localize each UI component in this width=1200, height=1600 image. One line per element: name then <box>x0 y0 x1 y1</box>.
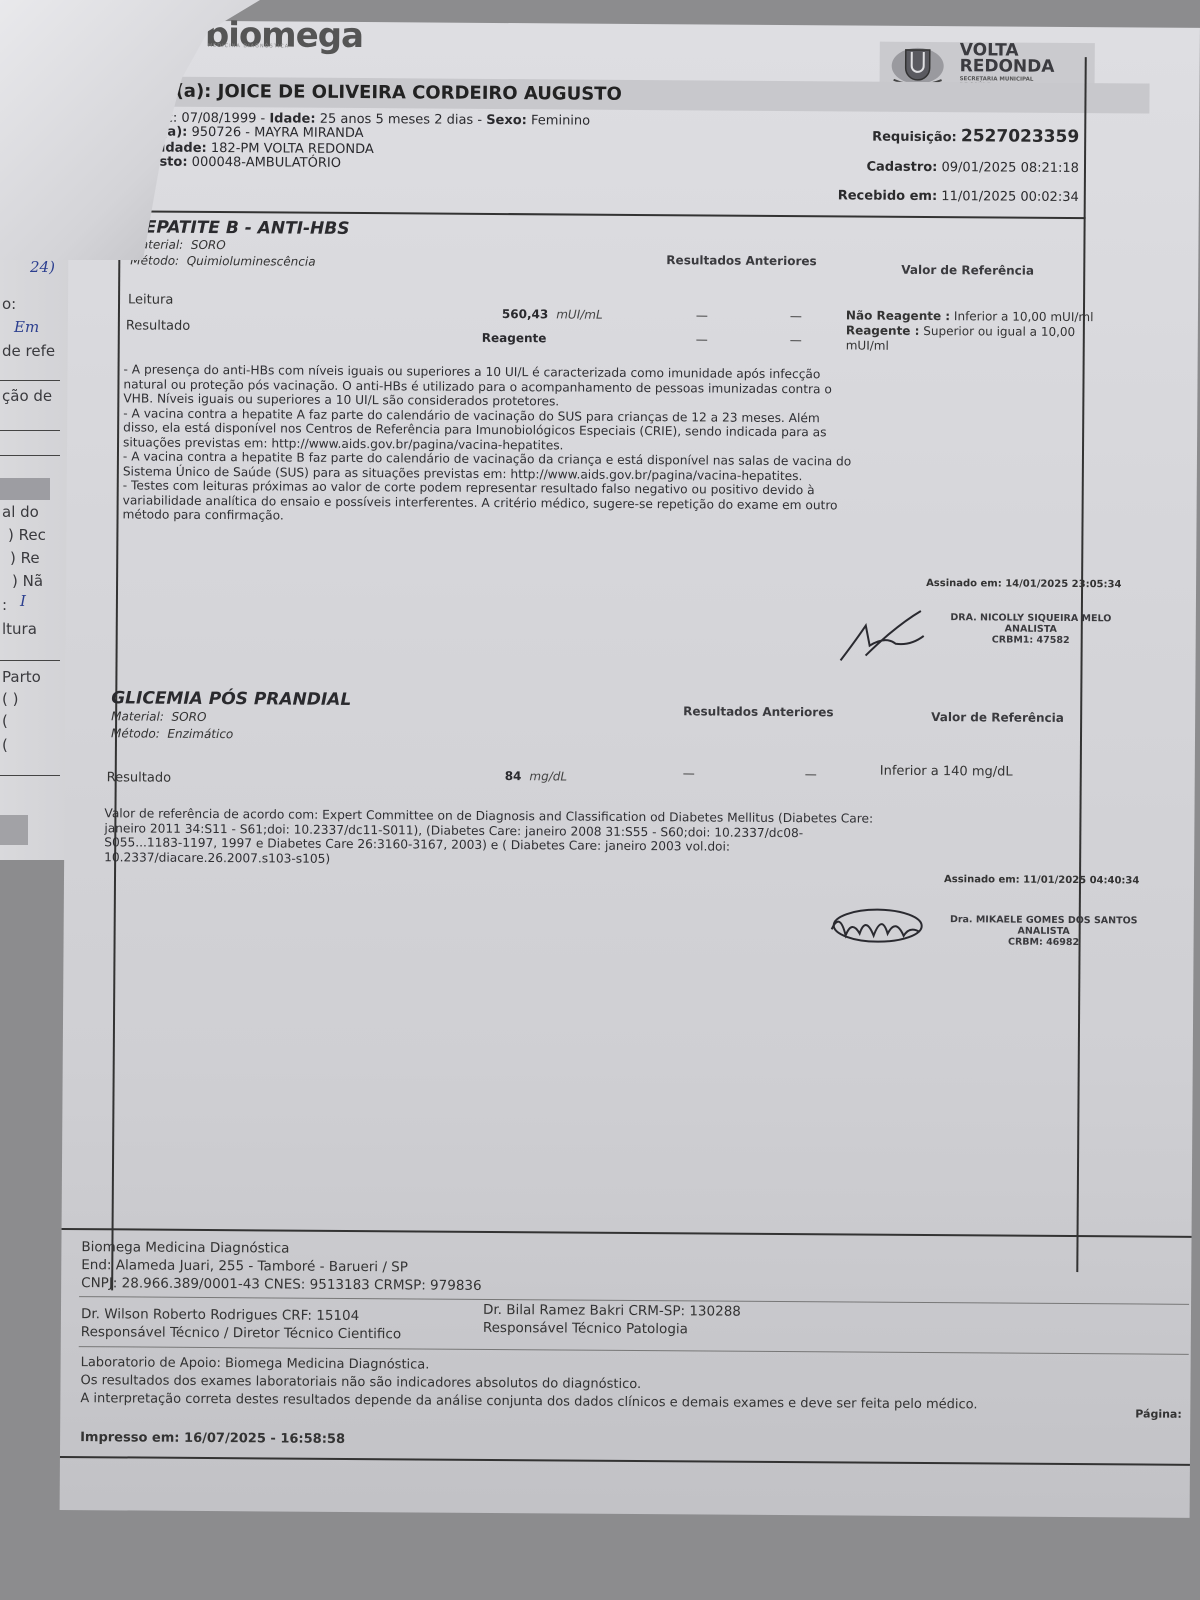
previous-results-header: Resultados Anteriores <box>683 704 833 719</box>
signer-block: Dra. MIKAELE GOMES DOS SANTOS ANALISTA C… <box>939 914 1149 948</box>
responsible-1-role: Responsável Técnico / Diretor Técnico Ci… <box>81 1323 401 1343</box>
responsible-2: Dr. Bilal Ramez Bakri CRM-SP: 130288 Res… <box>483 1301 741 1339</box>
previous-result-1: — <box>683 766 695 780</box>
gov-logo-title: VOLTAREDONDA <box>960 42 1055 75</box>
form-shaded-box <box>0 815 28 845</box>
form-fragment: ) Nã <box>12 572 43 590</box>
previous-result-2: — <box>790 309 802 323</box>
received-date: Recebido em: 11/01/2025 00:02:34 <box>838 188 1079 205</box>
form-shaded-band <box>0 478 50 500</box>
form-fragment: : <box>2 596 7 614</box>
lab-logo: biomega <box>205 15 363 56</box>
previous-results-header: Resultados Anteriores <box>666 253 816 268</box>
form-fragment: ltura <box>2 620 37 638</box>
lab-logo-subtitle: MEDICINA DIAGNÓSTICA <box>208 43 289 50</box>
lab-registration-ids: CNPJ: 28.966.389/0001-43 CNES: 9513183 C… <box>81 1274 482 1295</box>
result-label: Resultado <box>126 318 190 333</box>
result-value: Reagente <box>482 331 547 345</box>
form-line <box>0 775 60 776</box>
form-fragment: ção de <box>2 387 52 405</box>
collection-post: Posto: 000048-AMBULATÓRIO <box>141 154 341 170</box>
signed-timestamp: Assinado em: 14/01/2025 23:05:34 <box>926 578 1121 590</box>
signer-block: DRA. NICOLLY SIQUEIRA MELO ANALISTA CRBM… <box>946 612 1116 646</box>
report-frame-left <box>111 210 121 1290</box>
form-fragment: Parto <box>2 668 41 686</box>
disclaimer-block: Laboratorio de Apoio: Biomega Medicina D… <box>80 1354 977 1414</box>
form-line <box>0 455 60 456</box>
result-value: 560,43mUI/mL <box>502 307 603 322</box>
responsible-1-name: Dr. Wilson Roberto Rodrigues CRF: 15104 <box>81 1305 401 1325</box>
reference-values: Não Reagente : Inferior a 10,00 mUI/ml R… <box>846 308 1096 355</box>
signature-mark <box>826 905 926 946</box>
patient-name: Sr.(a): JOICE DE OLIVEIRA CORDEIRO AUGUS… <box>149 81 621 105</box>
note-paragraph: Valor de referência de acordo com: Exper… <box>104 806 879 869</box>
page-bottom-border <box>60 1456 1190 1466</box>
previous-result-1: — <box>696 308 708 322</box>
requesting-doctor: Dr.(a): 950726 - MAYRA MIRANDA <box>141 125 363 142</box>
signature-mark <box>836 605 926 666</box>
note-paragraph: - Testes com leituras próximas ao valor … <box>122 478 857 527</box>
form-fragment: ( <box>2 712 8 730</box>
result-label: Resultado <box>107 770 171 785</box>
previous-result-2: — <box>805 767 817 781</box>
signer-name: DRA. NICOLLY SIQUEIRA MELO <box>946 612 1116 624</box>
lab-report-page: biomega MEDICINA DIAGNÓSTICA VOLTAREDOND… <box>60 20 1200 1518</box>
exam-notes: Valor de referência de acordo com: Exper… <box>104 806 879 869</box>
lab-info: Biomega Medicina Diagnóstica End: Alamed… <box>81 1238 482 1295</box>
form-fragment: ) Rec <box>8 526 46 544</box>
exam-method: Método: Quimioluminescência <box>130 252 315 269</box>
form-fragment: ) Re <box>10 549 40 567</box>
form-line <box>0 430 60 431</box>
form-line <box>0 380 60 381</box>
page-number-label: Página: <box>1135 1407 1182 1420</box>
form-fragment: al do <box>2 503 39 521</box>
handwriting: I <box>20 592 26 610</box>
reference-value: Inferior a 140 mg/dL <box>880 764 1013 780</box>
responsible-2-role: Responsável Técnico Patologia <box>483 1319 741 1339</box>
handwriting: Em <box>14 318 39 336</box>
previous-result-1: — <box>696 332 708 346</box>
form-fragment: o: <box>2 295 16 313</box>
exam-method: Método: Enzimático <box>111 725 233 742</box>
footer-divider <box>79 1346 1189 1355</box>
form-fragment: ( <box>2 736 8 754</box>
responsible-2-name: Dr. Bilal Ramez Bakri CRM-SP: 130288 <box>483 1301 741 1321</box>
note-paragraph: - A vacina contra a hepatite A faz parte… <box>123 406 858 455</box>
requisition-number: Requisição: 2527023359 <box>872 126 1079 147</box>
signer-name: Dra. MIKAELE GOMES DOS SANTOS <box>939 914 1149 926</box>
result-label: Leitura <box>128 292 173 307</box>
reference-header: Valor de Referência <box>931 710 1064 725</box>
note-paragraph: - A presença do anti-HBs com níveis igua… <box>123 362 858 411</box>
registration-date: Cadastro: 09/01/2025 08:21:18 <box>866 160 1079 176</box>
exam-material: Material: SORO <box>111 708 206 725</box>
previous-result-2: — <box>790 333 802 347</box>
report-frame-right <box>1076 57 1086 1272</box>
result-value: 84mg/dL <box>505 769 567 783</box>
responsible-1: Dr. Wilson Roberto Rodrigues CRF: 15104 … <box>81 1305 402 1343</box>
handwriting: 24) <box>30 258 55 276</box>
printed-timestamp: Impresso em: 16/07/2025 - 16:58:58 <box>80 1430 345 1447</box>
exam-title: GLICEMIA PÓS PRANDIAL <box>111 688 351 710</box>
signed-timestamp: Assinado em: 11/01/2025 04:40:34 <box>944 874 1139 886</box>
reference-header: Valor de Referência <box>901 263 1034 278</box>
form-fragment: de refe <box>2 342 55 360</box>
form-line <box>0 660 60 661</box>
form-fragment: ( ) <box>2 690 18 708</box>
report-frame-bottom <box>62 1228 1192 1238</box>
signer-registration: CRBM1: 47582 <box>946 634 1116 646</box>
exam-notes: - A presença do anti-HBs com níveis igua… <box>122 362 858 527</box>
signer-registration: CRBM: 46982 <box>939 936 1149 948</box>
